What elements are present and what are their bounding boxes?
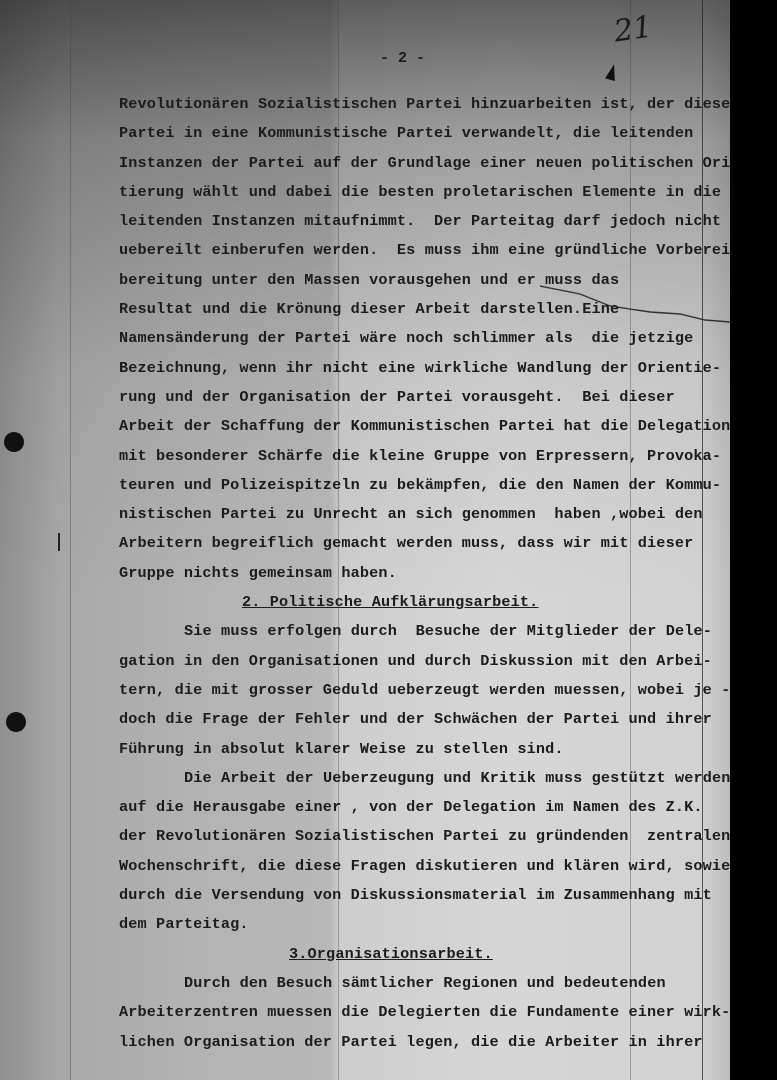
scan-streak: [70, 0, 71, 1080]
text-line: Gruppe nichts gemeinsam haben.: [119, 559, 719, 588]
scan-border: [730, 0, 777, 1080]
text-line: Sie muss erfolgen durch Besuche der Mitg…: [119, 617, 719, 646]
text-line: mit besonderer Schärfe die kleine Gruppe…: [119, 442, 719, 471]
document-page: 21 - 2 - Revolutionären Sozialistischen …: [0, 0, 730, 1080]
text-line: Arbeitern begreiflich gemacht werden mus…: [119, 529, 719, 558]
text-line: Instanzen der Partei auf der Grundlage e…: [119, 149, 719, 178]
punch-hole: [6, 712, 26, 732]
text-line: nistischen Partei zu Unrecht an sich gen…: [119, 500, 719, 529]
text-line: bereitung unter den Massen vorausgehen u…: [119, 266, 719, 295]
text-line: teuren und Polizeispitzeln zu bekämpfen,…: [119, 471, 719, 500]
text-line: Durch den Besuch sämtlicher Regionen und…: [119, 969, 719, 998]
punch-hole: [4, 432, 24, 452]
text-line: Wochenschrift, die diese Fragen diskutie…: [119, 852, 719, 881]
text-line: uebereilt einberufen werden. Es muss ihm…: [119, 236, 719, 265]
margin-mark: [58, 533, 60, 551]
text-line: Revolutionären Sozialistischen Partei hi…: [119, 90, 719, 119]
text-line: doch die Frage der Fehler und der Schwäc…: [119, 705, 719, 734]
text-line: lichen Organisation der Partei legen, di…: [119, 1028, 719, 1057]
text-line: Resultat und die Krönung dieser Arbeit d…: [119, 295, 719, 324]
text-line: Die Arbeit der Ueberzeugung und Kritik m…: [119, 764, 719, 793]
text-line: rung und der Organisation der Partei vor…: [119, 383, 719, 412]
text-line: tern, die mit grosser Geduld ueberzeugt …: [119, 676, 719, 705]
text-line: dem Parteitag.: [119, 910, 719, 939]
text-line: der Revolutionären Sozialistischen Parte…: [119, 822, 719, 851]
page-number: - 2 -: [380, 50, 425, 67]
text-line: leitenden Instanzen mitaufnimmt. Der Par…: [119, 207, 719, 236]
text-line: Namensänderung der Partei wäre noch schl…: [119, 324, 719, 353]
section-heading: 2. Politische Aufklärungsarbeit.: [119, 588, 719, 617]
text-line: Arbeiterzentren muessen die Delegierten …: [119, 998, 719, 1027]
text-line: auf die Herausgabe einer , von der Deleg…: [119, 793, 719, 822]
handwritten-folio-number: 21: [612, 10, 655, 50]
text-line: gation in den Organisationen und durch D…: [119, 647, 719, 676]
text-line: Bezeichnung, wenn ihr nicht eine wirklic…: [119, 354, 719, 383]
section-heading: 3.Organisationsarbeit.: [119, 940, 719, 969]
document-body: Revolutionären Sozialistischen Partei hi…: [119, 90, 719, 1057]
text-line: Arbeit der Schaffung der Kommunistischen…: [119, 412, 719, 441]
text-line: Führung in absolut klarer Weise zu stell…: [119, 735, 719, 764]
text-line: tierung wählt und dabei die besten prole…: [119, 178, 719, 207]
text-line: Partei in eine Kommunistische Partei ver…: [119, 119, 719, 148]
text-line: durch die Versendung von Diskussionsmate…: [119, 881, 719, 910]
ink-mark: [605, 63, 619, 81]
